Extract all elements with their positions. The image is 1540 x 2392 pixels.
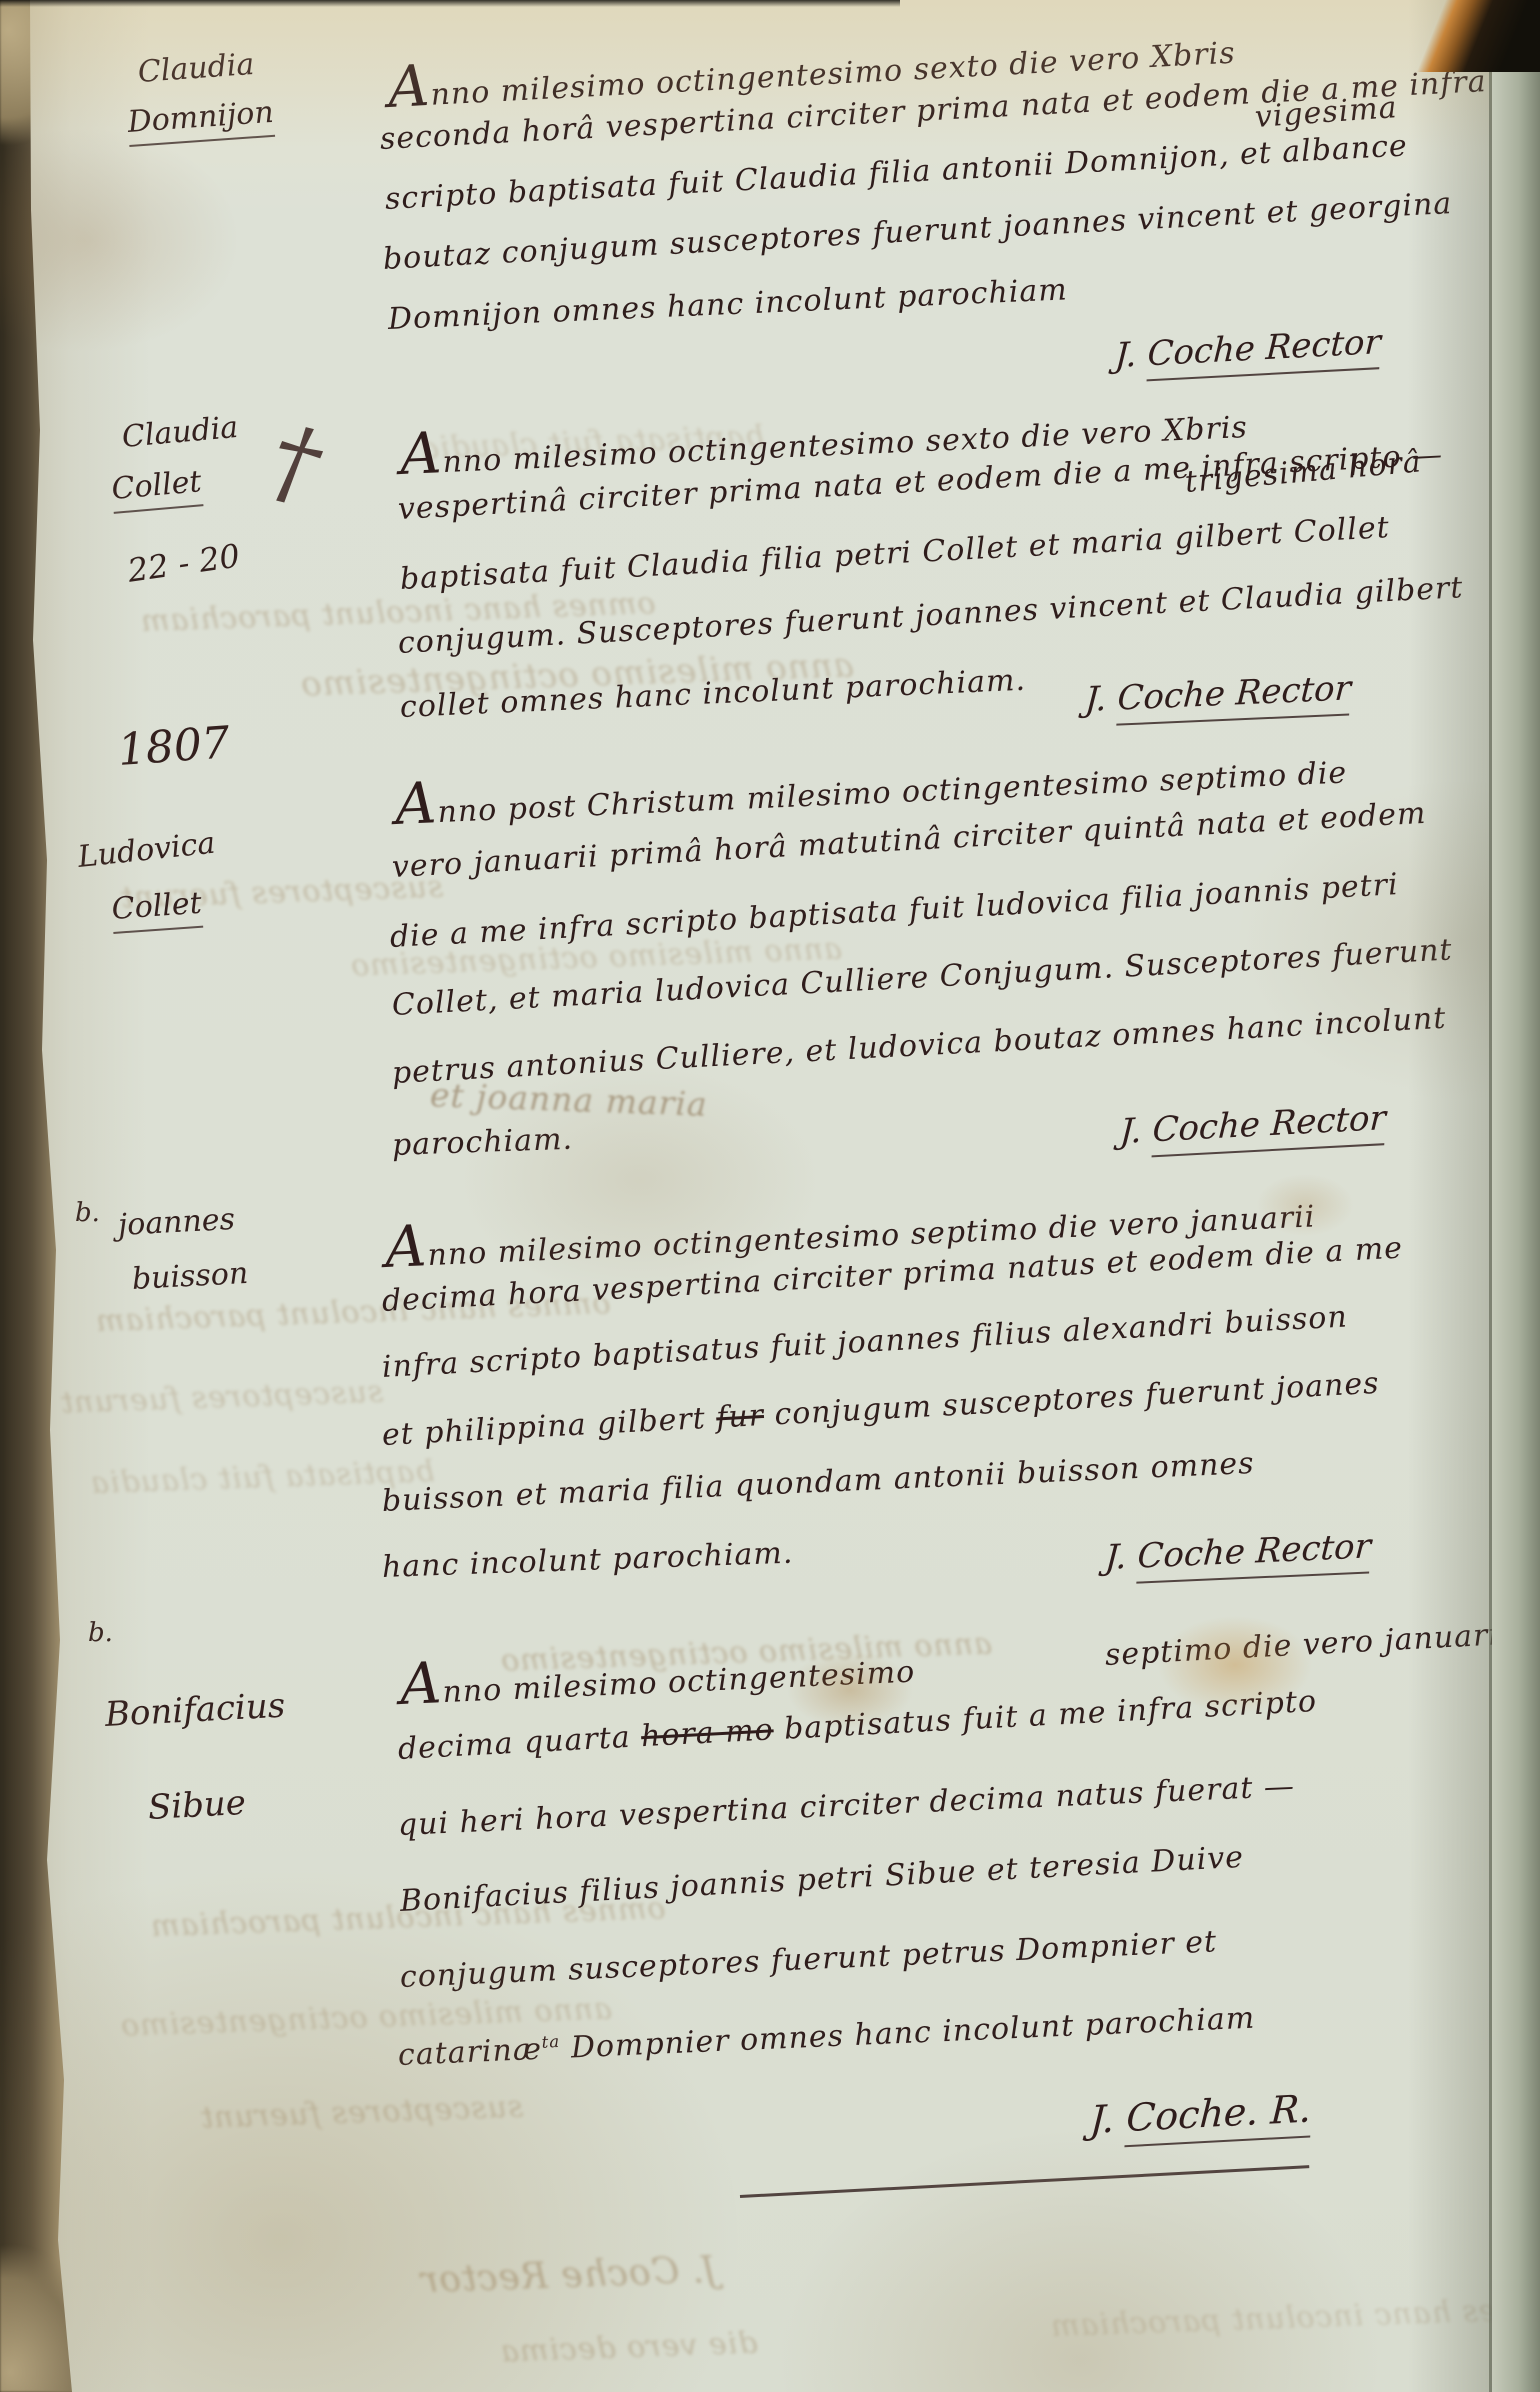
margin-child-surname: buisson — [131, 1256, 249, 1297]
superscript-correction: ta — [541, 2032, 560, 2052]
margin-letter-b: b. — [75, 1198, 100, 1228]
struck-word: fur — [715, 1398, 765, 1435]
margin-child-name: joannes — [117, 1202, 236, 1243]
signature-initial: J. — [1114, 335, 1138, 376]
torn-corner-top-right — [1370, 0, 1540, 72]
margin-year: 1807 — [116, 717, 231, 776]
signature-initial: J. — [1084, 679, 1108, 720]
signature-initial: J. — [1104, 1537, 1128, 1578]
record-line: parochiam. — [391, 1122, 573, 1163]
margin-child-surname: Sibue — [147, 1783, 247, 1828]
manuscript-page-scan: omnes hanc incolunt parochiam anno miles… — [0, 0, 1540, 2392]
margin-child-surname: Collet — [111, 886, 204, 934]
adjacent-page-edge — [1492, 0, 1540, 2392]
signature-initial: J. — [1089, 2097, 1116, 2142]
record-line-segment: catarinæ — [397, 2032, 542, 2073]
signature-initial: J. — [1119, 1111, 1143, 1152]
struck-words: hora mo — [640, 1712, 774, 1754]
page-curve-shadow — [1408, 0, 1492, 2392]
margin-letter-b: b. — [88, 1618, 113, 1648]
scan-top-shadow — [0, 0, 900, 7]
margin-child-surname: Collet — [110, 464, 203, 514]
signature-name: Coche. R. — [1125, 2086, 1312, 2147]
